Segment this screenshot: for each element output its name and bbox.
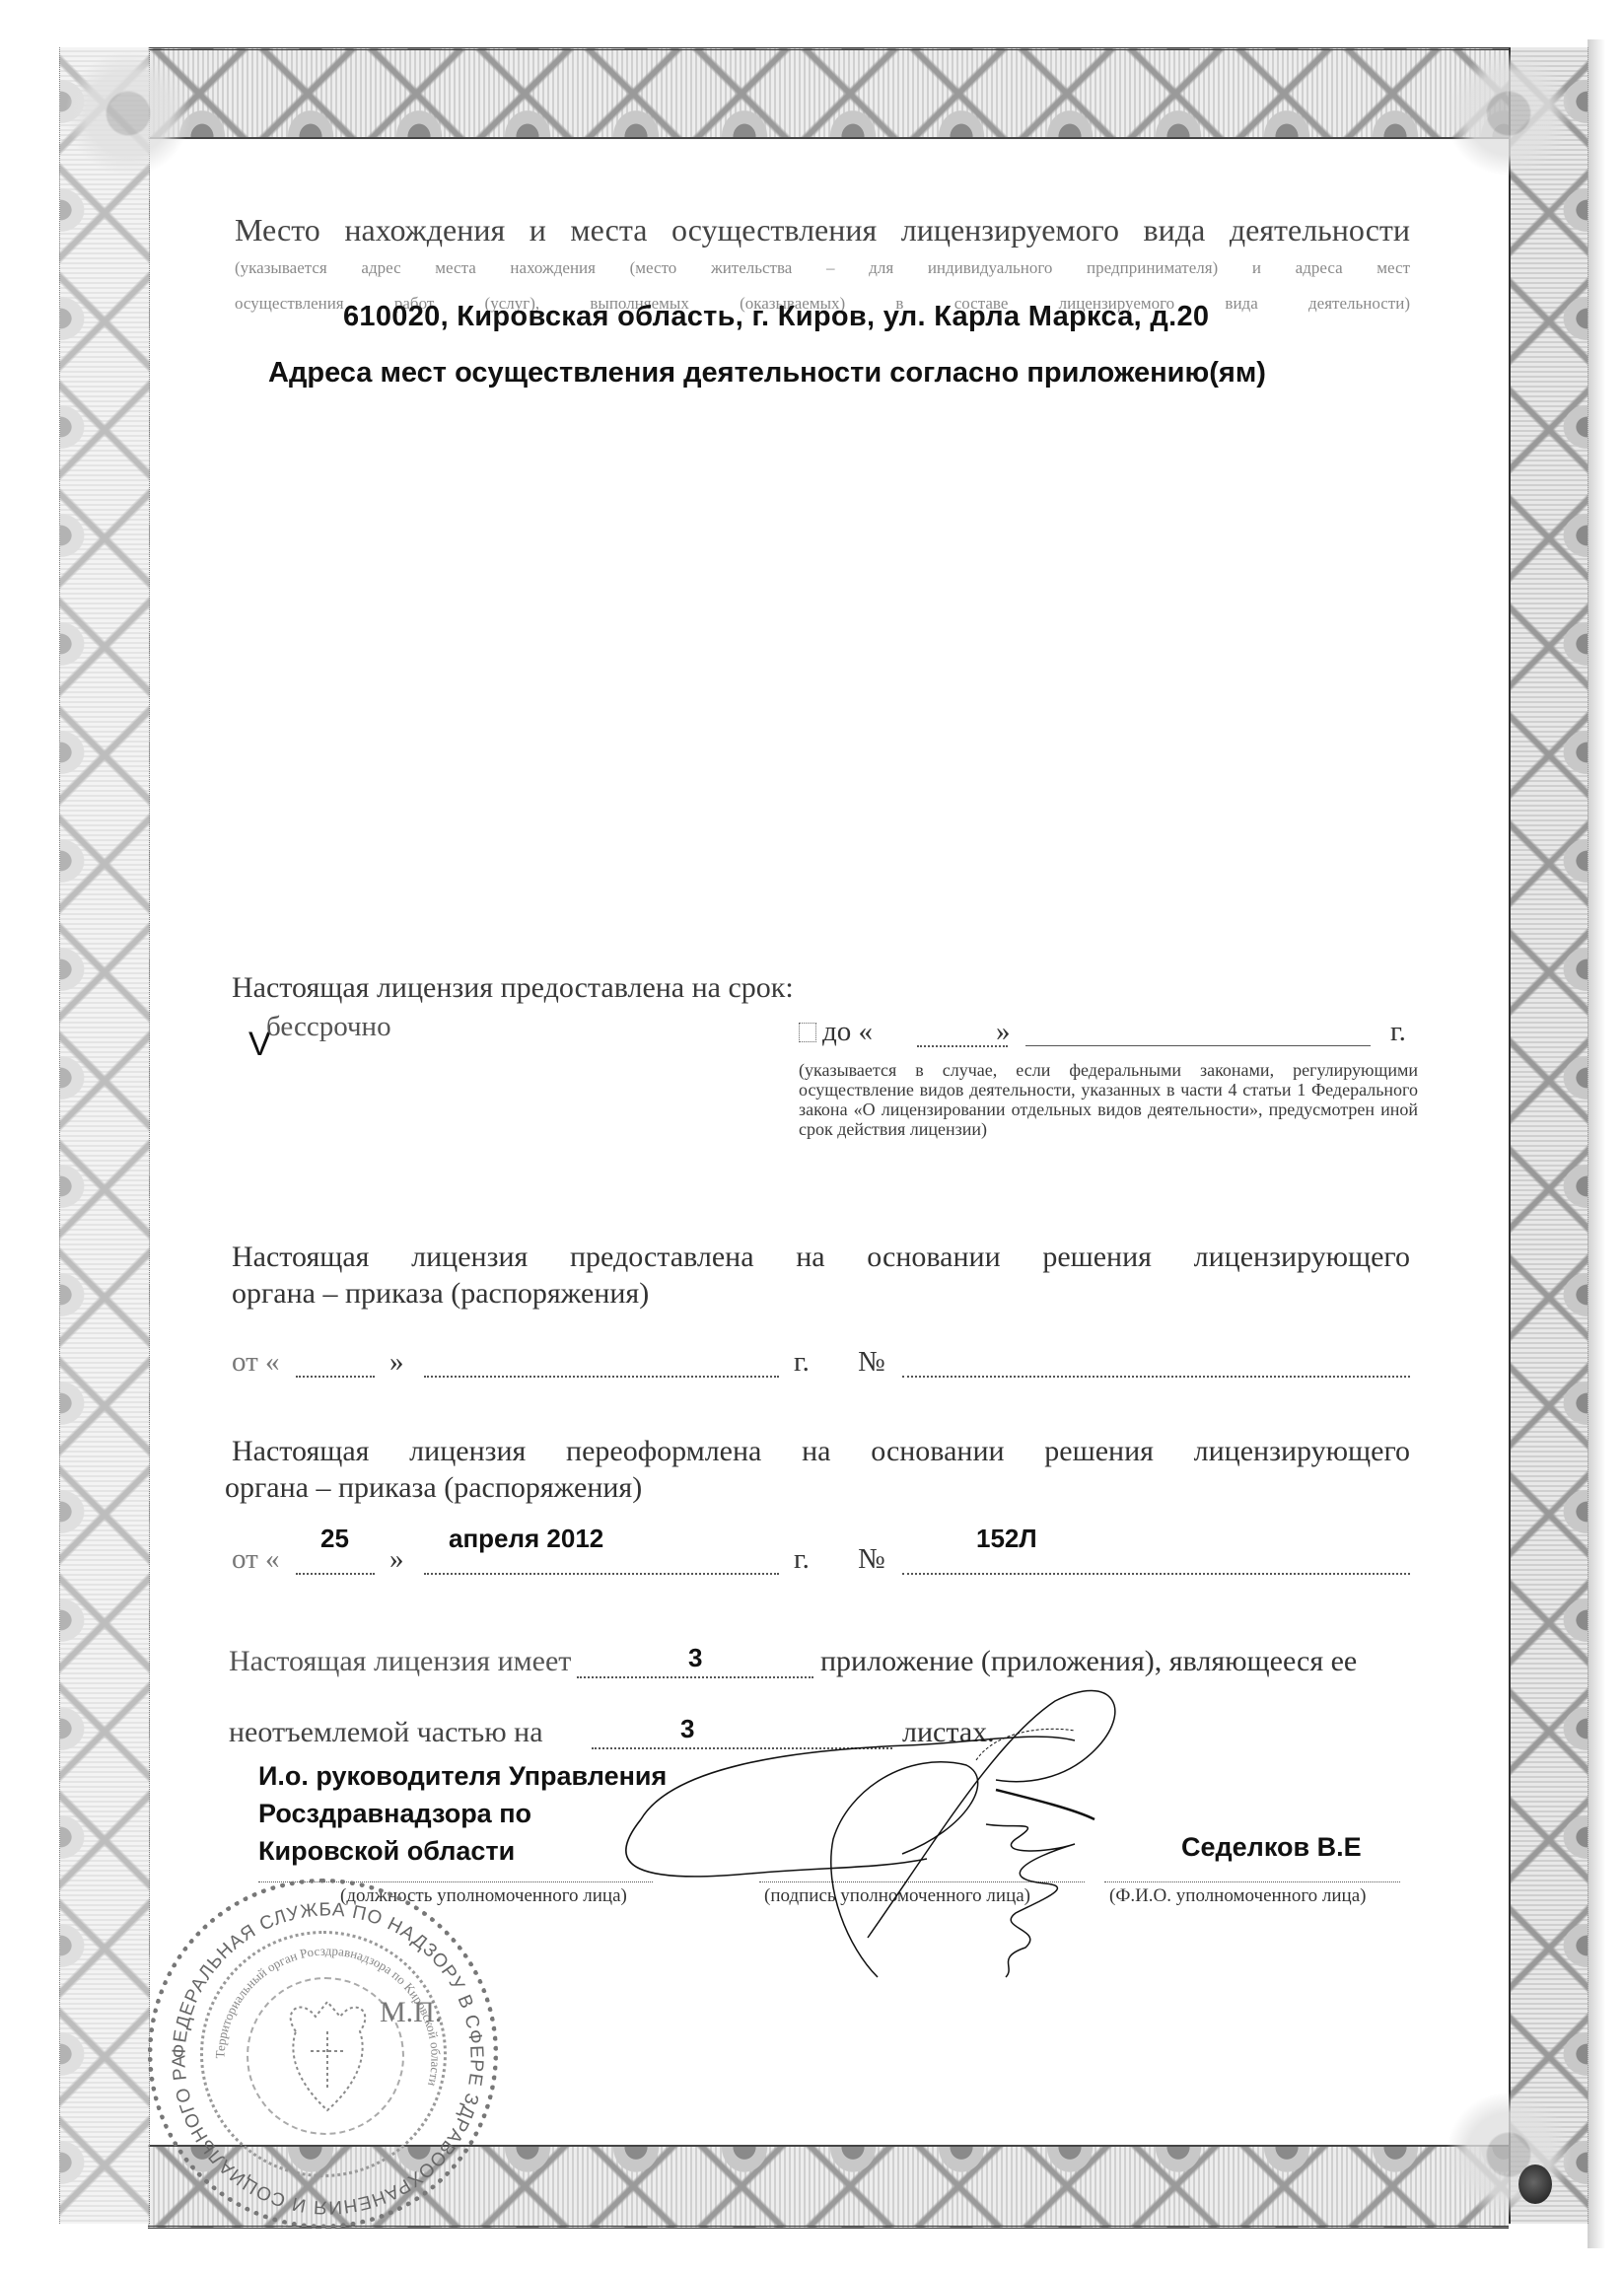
license-address: 610020, Кировская область, г. Киров, ул.…	[343, 301, 1209, 333]
signature-line-name	[1104, 1881, 1400, 1882]
ornament-corner-top-left	[54, 39, 202, 187]
granted-from-label: от «	[232, 1346, 280, 1379]
location-heading: Место нахождения и места осуществления л…	[235, 212, 1410, 248]
scan-edge-shadow	[1588, 39, 1605, 2248]
seal-text-ring: ФЕДЕРАЛЬНАЯ СЛУЖБА ПО НАДЗОРУ В СФЕРЕ ЗД…	[153, 1883, 503, 2234]
reissued-month-year-field	[424, 1573, 779, 1575]
term-heading: Настоящая лицензия предоставлена на срок…	[232, 971, 794, 1005]
reissued-basis-line-2: органа – приказа (распоряжения)	[225, 1471, 642, 1505]
reissued-number-value: 152Л	[976, 1524, 1037, 1554]
term-note: (указывается в случае, если федеральными…	[799, 1060, 1418, 1139]
caption-name: (Ф.И.О. уполномоченного лица)	[1109, 1885, 1367, 1907]
appendix-line-1-prefix: Настоящая лицензия имеет	[229, 1645, 571, 1678]
reissued-basis-line-1: Настоящая лицензия переоформлена на осно…	[232, 1435, 1410, 1468]
granted-day-field	[296, 1376, 375, 1378]
addresses-per-appendix-note: Адреса мест осуществления деятельности с…	[268, 357, 1266, 390]
granted-month-year-field	[424, 1376, 779, 1378]
reissued-quote-close: »	[389, 1543, 404, 1576]
reissued-month-year-value: апреля 2012	[449, 1524, 603, 1554]
term-until-month-year-field	[1025, 1045, 1371, 1046]
reissued-from-label: от «	[232, 1543, 280, 1576]
term-option-until: до «	[799, 1016, 873, 1048]
seal-mp-label: М.П.	[380, 1996, 442, 2028]
reissued-year-label: г.	[794, 1543, 810, 1576]
ornamental-border-right	[1509, 47, 1589, 2224]
handwritten-signature	[582, 1671, 1134, 2007]
term-until-prefix: до «	[822, 1016, 873, 1047]
reissued-day-field	[296, 1573, 375, 1575]
term-until-day-field	[917, 1045, 1008, 1047]
ornamental-border-top	[148, 47, 1509, 139]
granted-number-field	[902, 1376, 1410, 1378]
signatory-name: Седелков В.Е	[1181, 1832, 1362, 1863]
ornamental-border-left	[59, 47, 150, 2224]
location-hint-line-1: (указывается адрес места нахождения (мес…	[235, 258, 1410, 278]
granted-basis-line-1: Настоящая лицензия предоставлена на осно…	[232, 1241, 1410, 1274]
appendix-count-value: 3	[688, 1643, 702, 1673]
double-headed-eagle-icon	[291, 2002, 366, 2110]
appendix-line-2-prefix: неотъемлемой частью на	[229, 1716, 543, 1749]
term-option-indefinite: бессрочно	[266, 1011, 391, 1043]
term-until-checkbox	[799, 1023, 816, 1042]
granted-number-label: №	[858, 1346, 885, 1379]
reissued-number-label: №	[858, 1543, 885, 1576]
reissued-number-field	[902, 1573, 1410, 1575]
official-seal: ФЕДЕРАЛЬНАЯ СЛУЖБА ПО НАДЗОРУ В СФЕРЕ ЗД…	[148, 1879, 498, 2229]
punch-hole	[1518, 2165, 1552, 2204]
granted-basis-line-2: органа – приказа (распоряжения)	[232, 1277, 649, 1311]
term-until-year-suffix: г.	[1390, 1016, 1406, 1048]
granted-quote-close: »	[389, 1346, 404, 1379]
reissued-day-value: 25	[320, 1524, 349, 1554]
term-until-quote-close: »	[996, 1016, 1011, 1048]
ornament-corner-top-right	[1435, 39, 1583, 187]
ornament-corner-bottom-right	[1435, 2081, 1583, 2229]
granted-year-label: г.	[794, 1346, 810, 1379]
